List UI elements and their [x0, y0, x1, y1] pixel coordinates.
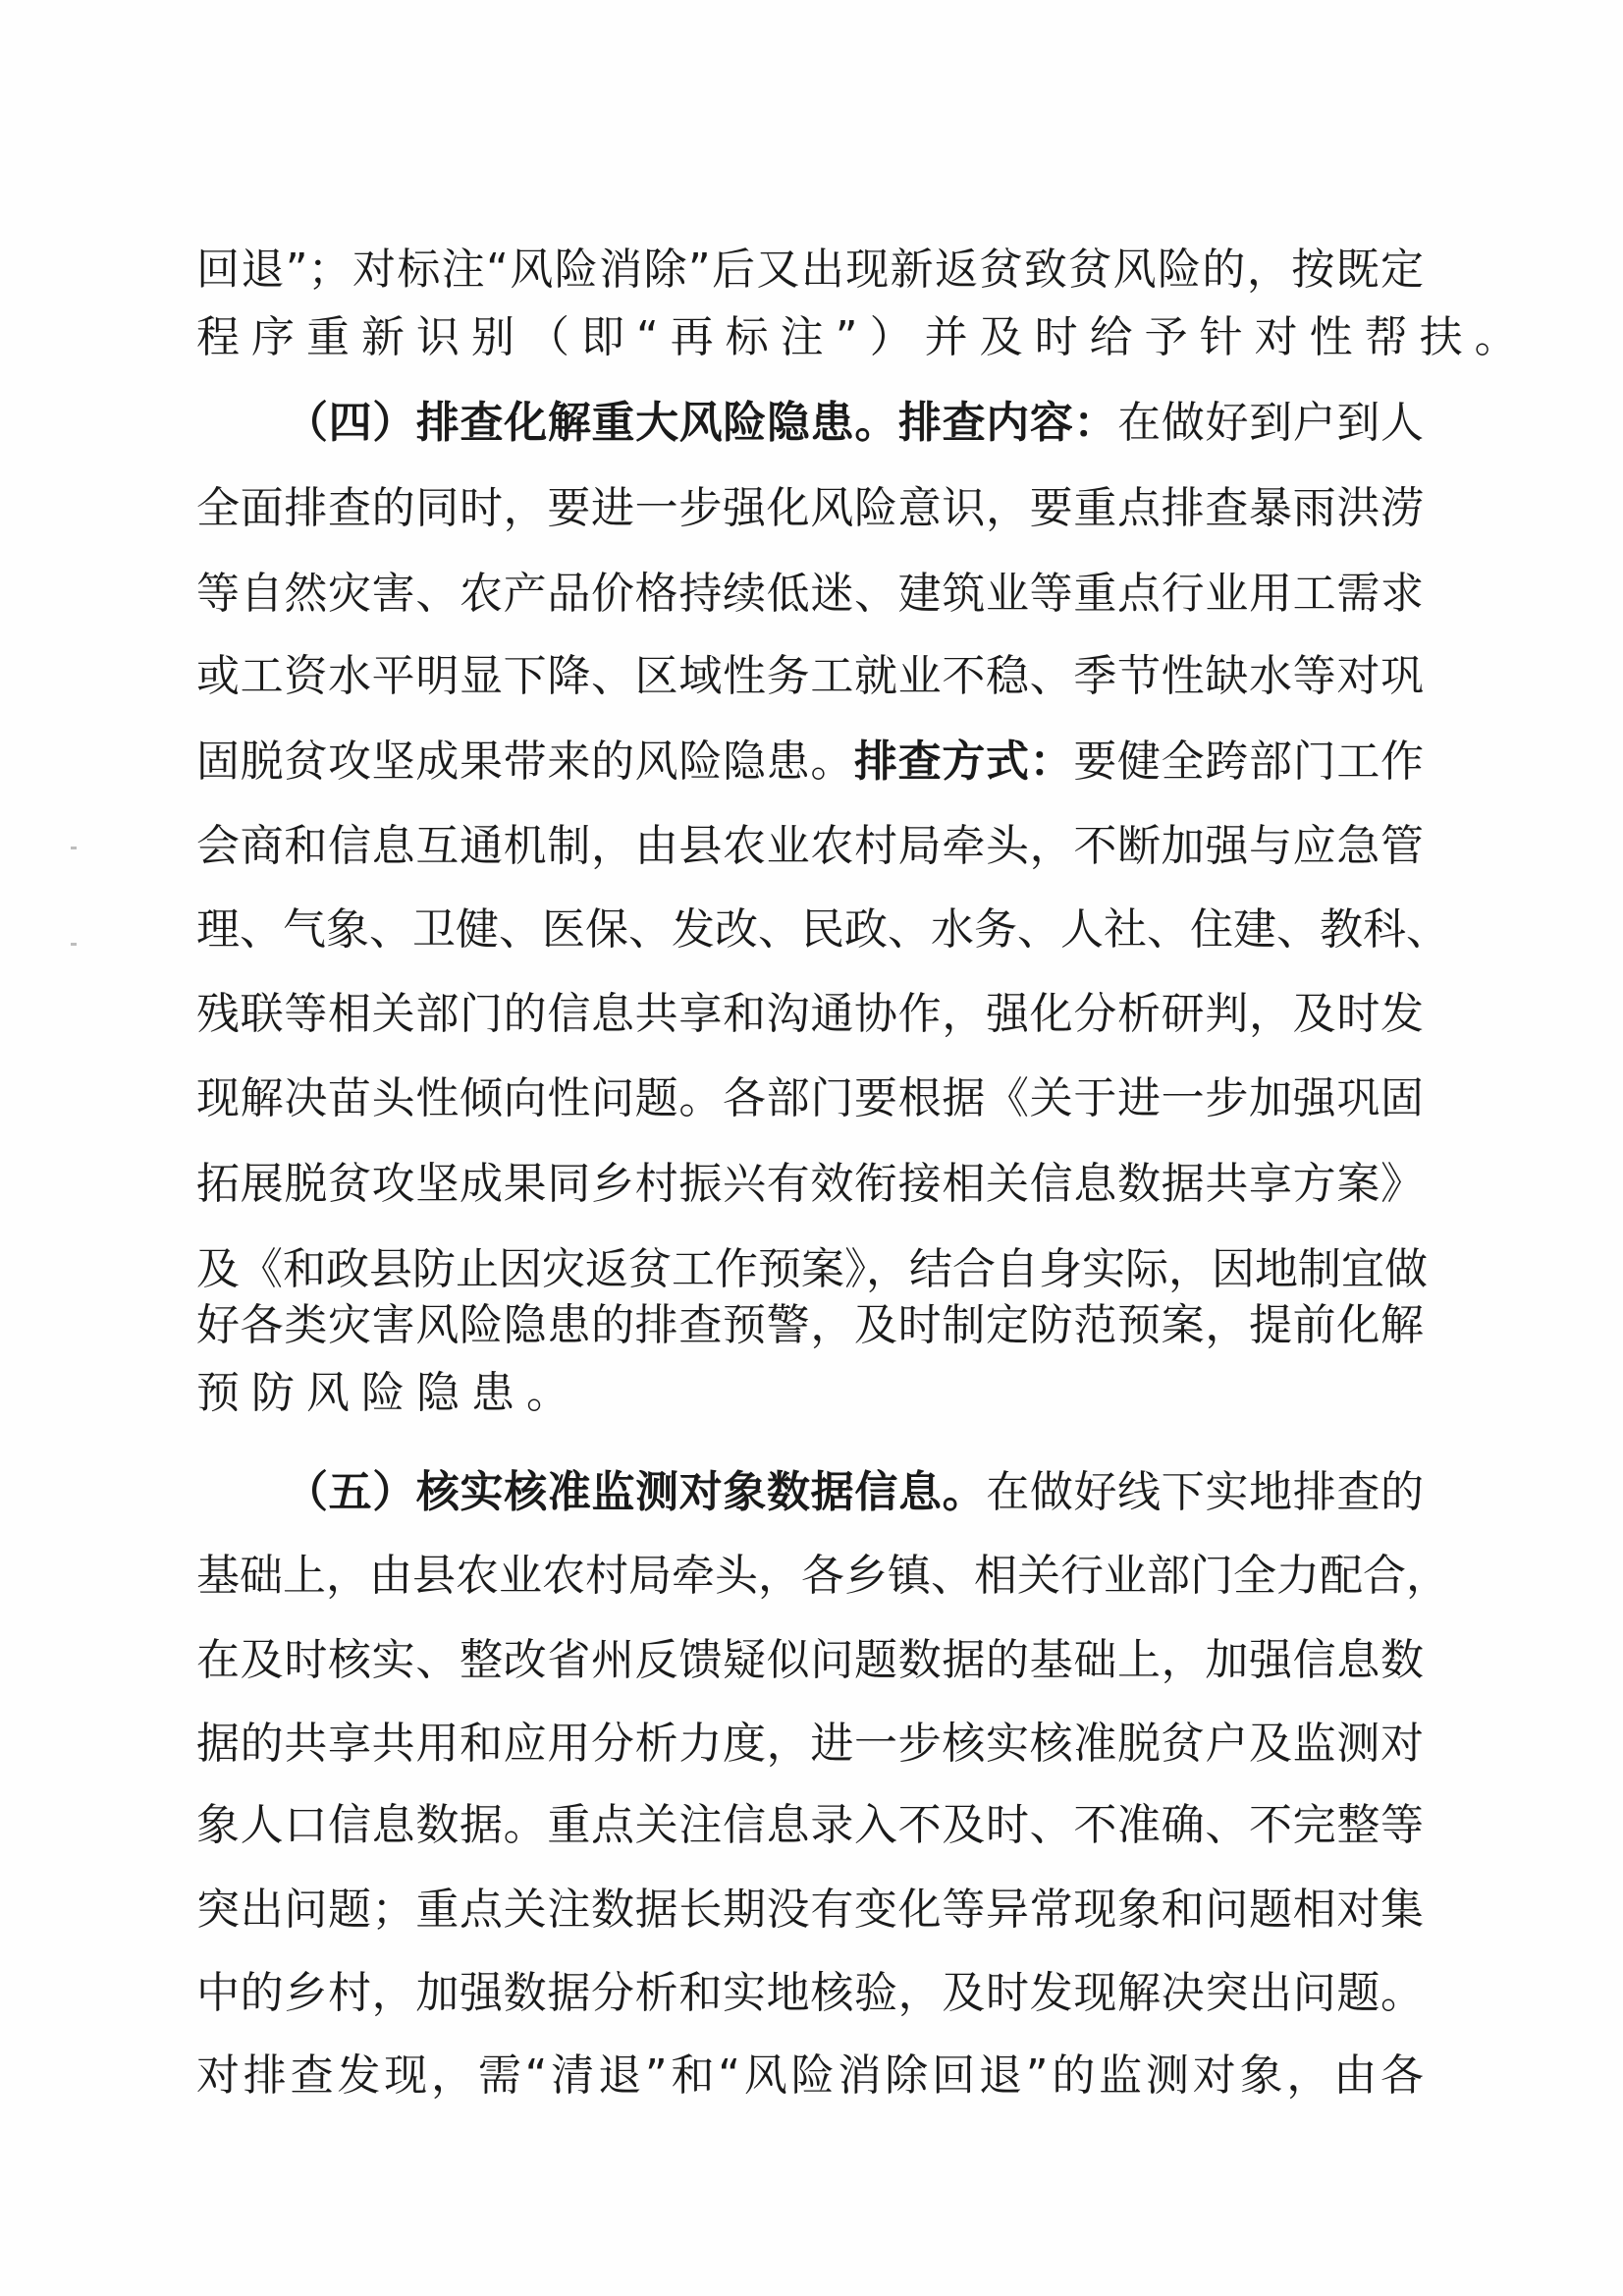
- text-line: 会商和信息互通机制，由县农业农村局牵头，不断加强与应急管: [196, 817, 1424, 876]
- text-line: 程序重新识别（即“再标注”）并及时给予针对性帮扶。: [196, 308, 1424, 367]
- body-text: 程序重新识别（即“再标注”）并及时给予针对性帮扶。: [196, 312, 1530, 362]
- bold-heading-text: （五）核实核准监测对象数据信息。: [285, 1467, 986, 1517]
- body-text: 等自然灾害、农产品价格持续低迷、建筑业等重点行业用工需求: [196, 569, 1424, 619]
- body-text: 在及时核实、整改省州反馈疑似问题数据的基础上，加强信息数: [196, 1635, 1424, 1685]
- body-text: 在做好线下实地排查的: [986, 1467, 1424, 1517]
- text-line: 象人口信息数据。重点关注信息录入不及时、不准确、不完整等: [196, 1796, 1424, 1855]
- body-text: 在做好到户到人: [1117, 398, 1424, 448]
- text-line: 突出问题；重点关注数据长期没有变化等异常现象和问题相对集: [196, 1881, 1424, 1940]
- text-line: 及《和政县防止因灾返贫工作预案》，结合自身实际，因地制宜做: [196, 1240, 1424, 1299]
- body-text: 全面排查的同时，要进一步强化风险意识，要重点排查暴雨洪涝: [196, 483, 1424, 533]
- body-text: 固脱贫攻坚成果带来的风险隐患。: [196, 737, 854, 787]
- binding-mark: [71, 943, 77, 946]
- text-line: 理、气象、卫健、医保、发改、民政、水务、人社、住建、教科、: [196, 901, 1424, 959]
- text-line: 好各类灾害风险隐患的排查预警，及时制定防范预案，提前化解: [196, 1296, 1424, 1355]
- text-line: 据的共享共用和应用分析力度，进一步核实核准脱贫户及监测对: [196, 1715, 1424, 1774]
- text-line: 残联等相关部门的信息共享和沟通协作，强化分析研判，及时发: [196, 985, 1424, 1044]
- text-line: （五）核实核准监测对象数据信息。在做好线下实地排查的: [285, 1463, 1424, 1522]
- body-text: 基础上，由县农业农村局牵头，各乡镇、相关行业部门全力配合，: [196, 1551, 1449, 1601]
- body-text: 预防风险隐患。: [196, 1368, 581, 1418]
- body-text: 回退”；对标注“风险消除”后又出现新返贫致贫风险的，按既定: [196, 245, 1424, 295]
- body-text: 突出问题；重点关注数据长期没有变化等异常现象和问题相对集: [196, 1885, 1424, 1935]
- document-page: 回退”；对标注“风险消除”后又出现新返贫致贫风险的，按既定程序重新识别（即“再标…: [0, 0, 1623, 2296]
- bold-heading-text: 排查方式：: [854, 737, 1073, 787]
- text-line: 预防风险隐患。: [196, 1364, 1424, 1423]
- text-line: 等自然灾害、农产品价格持续低迷、建筑业等重点行业用工需求: [196, 565, 1424, 624]
- body-text: 理、气象、卫健、医保、发改、民政、水务、人社、住建、教科、: [196, 904, 1449, 955]
- body-text: 中的乡村，加强数据分析和实地核验，及时发现解决突出问题。: [196, 1968, 1424, 2018]
- binding-mark: [71, 847, 77, 849]
- body-text: 会商和信息互通机制，由县农业农村局牵头，不断加强与应急管: [196, 821, 1424, 871]
- body-text: 或工资水平明显下降、区域性务工就业不稳、季节性缺水等对巩: [196, 651, 1424, 701]
- body-text: 拓展脱贫攻坚成果同乡村振兴有效衔接相关信息数据共享方案》: [196, 1159, 1424, 1209]
- body-text: 好各类灾害风险隐患的排查预警，及时制定防范预案，提前化解: [196, 1300, 1424, 1350]
- text-line: 拓展脱贫攻坚成果同乡村振兴有效衔接相关信息数据共享方案》: [196, 1155, 1424, 1214]
- text-line: 基础上，由县农业农村局牵头，各乡镇、相关行业部门全力配合，: [196, 1547, 1424, 1606]
- body-text: 现解决苗头性倾向性问题。各部门要根据《关于进一步加强巩固: [196, 1073, 1424, 1123]
- text-line: 现解决苗头性倾向性问题。各部门要根据《关于进一步加强巩固: [196, 1069, 1424, 1128]
- text-line: 回退”；对标注“风险消除”后又出现新返贫致贫风险的，按既定: [196, 241, 1424, 300]
- body-text: 及《和政县防止因灾返贫工作预案》，结合自身实际，因地制宜做: [196, 1244, 1428, 1294]
- text-line: 中的乡村，加强数据分析和实地核验，及时发现解决突出问题。: [196, 1964, 1424, 2023]
- body-text: 残联等相关部门的信息共享和沟通协作，强化分析研判，及时发: [196, 989, 1424, 1039]
- body-text: 象人口信息数据。重点关注信息录入不及时、不准确、不完整等: [196, 1800, 1424, 1850]
- text-line: 固脱贫攻坚成果带来的风险隐患。排查方式：要健全跨部门工作: [196, 733, 1424, 792]
- body-text: 要健全跨部门工作: [1073, 737, 1424, 787]
- body-text: 对排查发现，需“清退”和“风险消除回退”的监测对象，由各: [196, 2050, 1424, 2101]
- body-text: 据的共享共用和应用分析力度，进一步核实核准脱贫户及监测对: [196, 1719, 1424, 1769]
- text-line: 或工资水平明显下降、区域性务工就业不稳、季节性缺水等对巩: [196, 647, 1424, 706]
- text-line: 全面排查的同时，要进一步强化风险意识，要重点排查暴雨洪涝: [196, 479, 1424, 538]
- bold-heading-text: （四）排查化解重大风险隐患。排查内容：: [285, 398, 1117, 448]
- text-line: 在及时核实、整改省州反馈疑似问题数据的基础上，加强信息数: [196, 1631, 1424, 1690]
- text-line: 对排查发现，需“清退”和“风险消除回退”的监测对象，由各: [196, 2047, 1424, 2105]
- text-line: （四）排查化解重大风险隐患。排查内容：在做好到户到人: [285, 394, 1424, 453]
